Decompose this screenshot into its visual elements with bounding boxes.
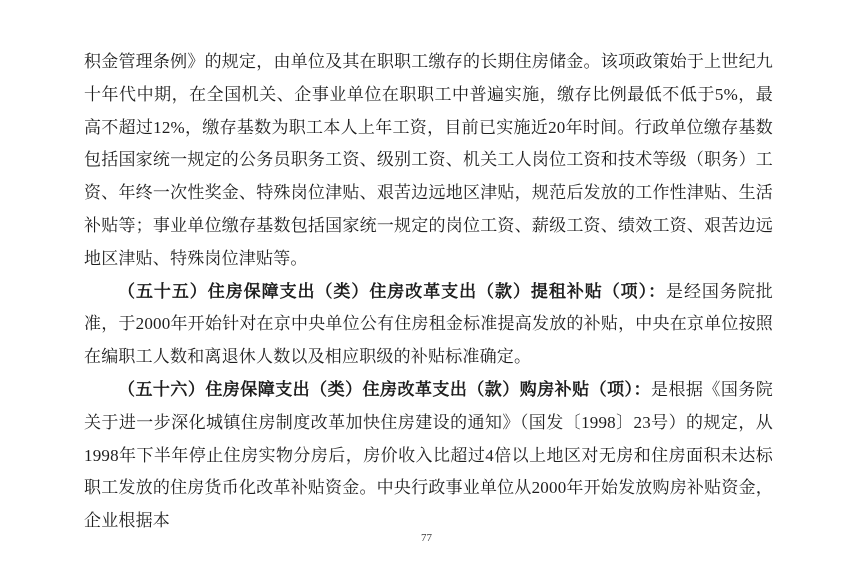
- paragraph-text: 是根据《国务院关于进一步深化城镇住房制度改革加快住房建设的通知》（国发〔1998…: [84, 380, 773, 530]
- paragraph: （五十五）住房保障支出（类）住房改革支出（款）提租补贴（项）：是经国务院批准，于…: [84, 276, 773, 374]
- document-body: 积金管理条例》的规定，由单位及其在职职工缴存的长期住房储金。该项政策始于上世纪九…: [84, 46, 773, 538]
- paragraph: （五十六）住房保障支出（类）住房改革支出（款）购房补贴（项）：是根据《国务院关于…: [84, 374, 773, 538]
- paragraph-text: 积金管理条例》的规定，由单位及其在职职工缴存的长期住房储金。该项政策始于上世纪九…: [84, 52, 773, 268]
- page-number: 77: [0, 532, 853, 544]
- paragraph: 积金管理条例》的规定，由单位及其在职职工缴存的长期住房储金。该项政策始于上世纪九…: [84, 46, 773, 276]
- document-page: 积金管理条例》的规定，由单位及其在职职工缴存的长期住房储金。该项政策始于上世纪九…: [0, 0, 853, 588]
- paragraph-lead-bold: （五十五）住房保障支出（类）住房改革支出（款）提租补贴（项）：: [118, 282, 666, 301]
- paragraph-lead-bold: （五十六）住房保障支出（类）住房改革支出（款）购房补贴（项）：: [118, 380, 651, 399]
